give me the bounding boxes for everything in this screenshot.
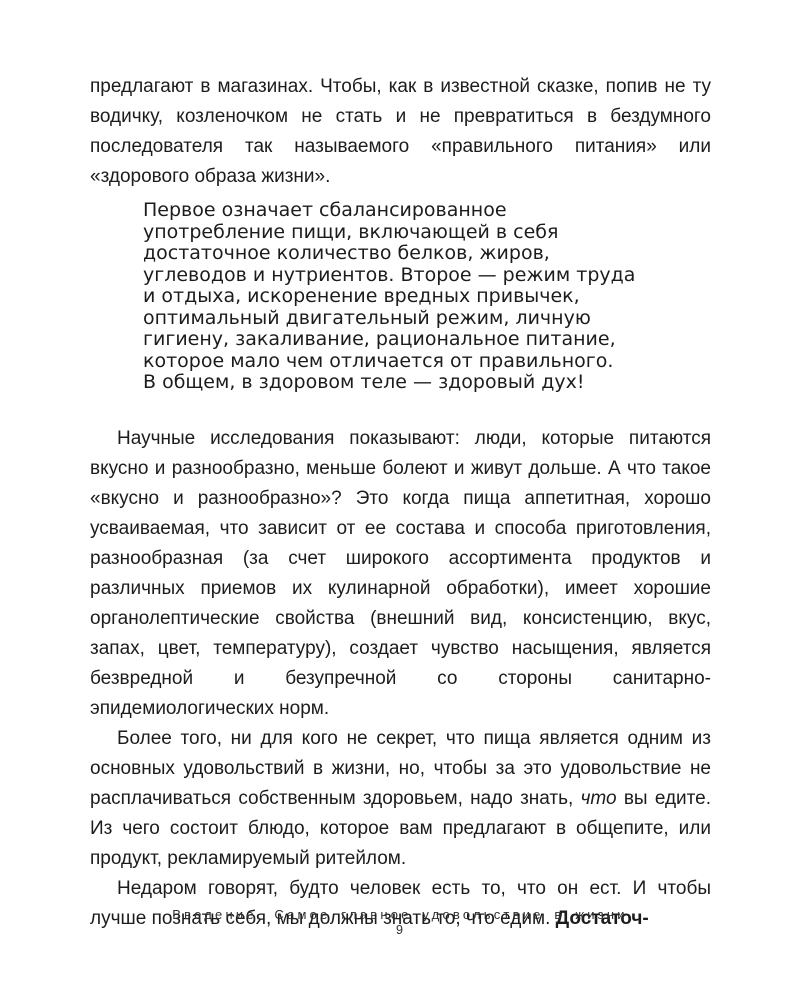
- page-body: предлагают в магазинах. Чтобы, как в изв…: [90, 72, 711, 934]
- quote-line: которое мало чем отличается от правильно…: [143, 351, 711, 373]
- paragraph: Более того, ни для кого не секрет, что п…: [90, 724, 711, 874]
- quote-line: В общем, в здоровом теле — здоровый дух!: [143, 372, 711, 394]
- quote-line: и отдыха, искоренение вредных привычек,: [143, 286, 711, 308]
- quote-line: оптимальный двигательный режим, личную: [143, 308, 711, 330]
- page-footer: Введение. Самое главное удовольствие в ж…: [0, 907, 800, 937]
- text-segment: предлагают в магазинах. Чтобы, как в изв…: [90, 76, 711, 187]
- quote-line: гигиену, закаливание, рациональное питан…: [143, 329, 711, 351]
- running-title: Введение. Самое главное удовольствие в ж…: [0, 907, 800, 922]
- page-number: 9: [0, 923, 800, 937]
- quote-line: достаточное количество белков, жиров,: [143, 243, 711, 265]
- text-segment: Научные исследования показывают: люди, к…: [90, 428, 711, 719]
- quote-line: Первое означает сбалансированное: [143, 200, 711, 222]
- quote-line: употребление пищи, включающей в себя: [143, 222, 711, 244]
- paragraph: предлагают в магазинах. Чтобы, как в изв…: [90, 72, 711, 192]
- quote-line: углеводов и нутриентов. Второе — режим т…: [143, 265, 711, 287]
- block-quote: Первое означает сбалансированноеупотребл…: [143, 200, 711, 394]
- text-segment-italic: что: [581, 788, 617, 809]
- paragraph: Научные исследования показывают: люди, к…: [90, 424, 711, 724]
- book-page: предлагают в магазинах. Чтобы, как в изв…: [0, 0, 800, 1000]
